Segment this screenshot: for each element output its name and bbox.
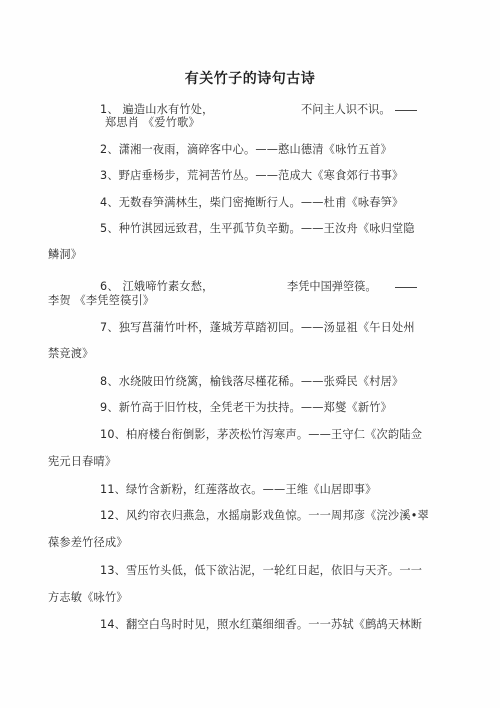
poem-6-line1-left: 6、 江娥啼竹素女愁，	[100, 280, 214, 294]
poem-4-line1: 4、无数春笋满林生，柴门密掩断行人。——杜甫《咏春笋》	[100, 196, 403, 210]
poem-10-line1: 10、柏府楼台衔倒影，茅茨松竹泻寒声。——王守仁《次韵陆佥	[100, 428, 422, 442]
poem-13-line2: 方志敏《咏竹》	[48, 591, 128, 605]
em-dash-divider	[395, 287, 417, 288]
poem-14-line1: 14、翻空白鸟时时见，照水红蕖细细香。一一苏轼《鹧鸪天林断	[100, 618, 422, 632]
poem-7-line2: 禁竞渡》	[48, 347, 94, 361]
poem-2-line1: 2、潇湘一夜雨，滴碎客中心。——憨山德清《咏竹五首》	[100, 143, 392, 157]
poem-1-line2: 郑思肖 《爱竹歌》	[105, 116, 200, 130]
poem-6-line1-right: 李凭中国弹箜篌。	[287, 280, 377, 294]
poem-8-line1: 8、水绕陂田竹绕篱，榆钱落尽槿花稀。——张舜民《村居》	[100, 375, 403, 389]
em-dash-divider	[395, 110, 417, 111]
poem-12-line1: 12、风约帘衣归燕急，水摇扇影戏鱼惊。一一周邦彦《浣沙溪•翠	[100, 509, 429, 523]
poem-1-line1-right: 不问主人识不识。	[301, 103, 391, 117]
poem-6-line2: 李贺 《李凭箜篌引》	[48, 294, 154, 308]
poem-13-line1: 13、雪压竹头低，低下欲沾泥，一轮红日起，依旧与天齐。一一	[100, 564, 422, 578]
poem-3-line1: 3、野店垂杨步，荒祠苦竹丛。——范成大《寒食郊行书事》	[100, 169, 403, 183]
document-title: 有关竹子的诗句古诗	[0, 68, 500, 88]
document-page: 有关竹子的诗句古诗 1、 遍造山水有竹处， 不问主人识不识。 郑思肖 《爱竹歌》…	[0, 0, 500, 708]
poem-12-line2: 葆参差竹径成》	[48, 536, 128, 550]
poem-11-line1: 11、绿竹含新粉，红莲落故衣。——王维《山居即事》	[100, 483, 377, 497]
poem-7-line1: 7、独写菖蒲竹叶杯，蓬城芳草踏初回。——汤显祖《午日处州	[100, 321, 415, 335]
poem-1-line1-left: 1、 遍造山水有竹处，	[100, 103, 214, 117]
poem-10-line2: 宪元日春晴》	[48, 455, 116, 469]
poem-5-line2: 鳞洞》	[48, 248, 82, 262]
poem-9-line1: 9、新竹高于旧竹枝，全凭老干为扶持。——郑燮《新竹》	[100, 401, 392, 415]
poem-5-line1: 5、种竹淇园远致君，生平孤节负辛勤。——王汝舟《咏归堂隐	[100, 222, 415, 236]
